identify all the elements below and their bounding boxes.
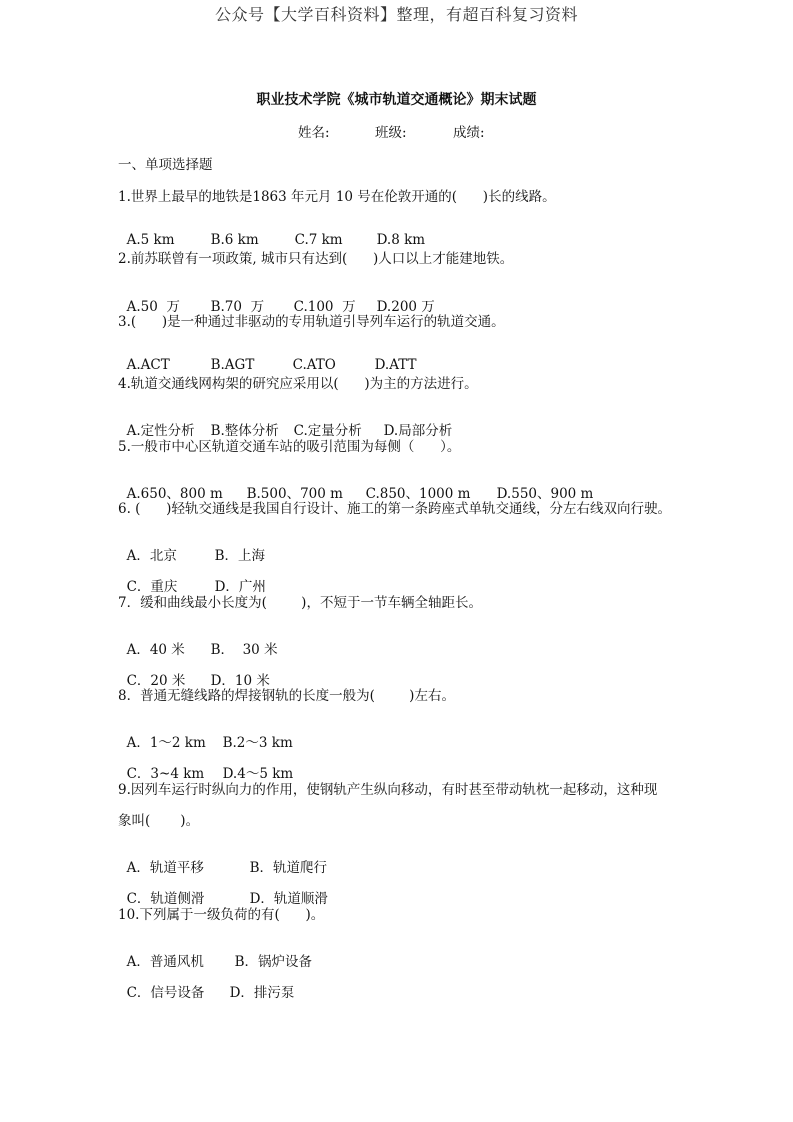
name-field-label: 姓名: (298, 121, 375, 141)
option-d: D．排污泵 (230, 981, 295, 1001)
option-a: A.ACT (127, 357, 211, 373)
question-1-stem: 1.世界上最早的地铁是1863 年元月 10 号在伦敦开通的( )长的线路。 (118, 185, 556, 205)
question-3-stem: 3.( )是一种通过非驱动的专用轨道引导列车运行的轨道交通。 (118, 310, 505, 330)
option-c: C.7 km (295, 232, 377, 248)
question-6-stem: 6. ( )轻轨交通线是我国自行设计、施工的第一条跨座式单轨交通线，分左右线双向… (118, 497, 671, 517)
exam-title: 职业技术学院《城市轨道交通概论》期末试题 (0, 89, 793, 109)
option-b: B.6 km (211, 232, 295, 248)
option-c: C．信号设备 (127, 981, 230, 1001)
question-10-options-cd: C．信号设备D．排污泵 (118, 965, 294, 1001)
section-title: 一、单项选择题 (118, 153, 213, 173)
question-9-options-cd: C．轨道侧滑D．轨道顺滑 (118, 871, 328, 907)
watermark-header: 公众号【大学百科资料】整理，有超百科复习资料 (0, 2, 793, 25)
option-b: B.AGT (211, 357, 293, 373)
class-field-label: 班级: (375, 121, 453, 141)
score-field-label: 成绩: (453, 121, 485, 141)
question-10-stem: 10.下列属于一级负荷的有( )。 (118, 903, 324, 923)
question-9-stem: 9.因列车运行时纵向力的作用，使钢轨产生纵向移动，有时甚至带动轨枕一起移动，这种… (118, 778, 657, 798)
question-1-options: A.5 kmB.6 kmC.7 kmD.8 km (118, 216, 425, 248)
question-9-stem-continued: 象叫( )。 (118, 809, 199, 829)
student-info-fields: 姓名: 班级: 成绩: (298, 121, 485, 141)
option-d: D.ATT (375, 357, 417, 373)
question-4-options: A.定性分析B.整体分析C.定量分析D.局部分析 (118, 403, 452, 439)
question-6-options-cd: C．重庆D．广州 (118, 559, 266, 595)
question-2-stem: 2.前苏联曾有一项政策, 城市只有达到( )人口以上才能建地铁。 (118, 247, 513, 267)
option-a: A.5 km (127, 232, 211, 248)
question-7-stem: 7．缓和曲线最小长度为( )，不短于一节车辆全轴距长。 (118, 591, 482, 611)
question-4-stem: 4.轨道交通线网构架的研究应采用以( )为主的方法进行。 (118, 372, 478, 392)
question-3-options: A.ACTB.AGTC.ATOD.ATT (118, 341, 417, 373)
option-c: C.ATO (293, 357, 375, 373)
question-5-stem: 5.一般市中心区轨道交通车站的吸引范围为每侧（ ）。 (118, 435, 460, 455)
option-d: D.8 km (377, 232, 426, 248)
question-8-stem: 8．普通无缝线路的焊接钢轨的长度一般为( )左右。 (118, 684, 455, 704)
question-8-options-cd: C．3~4 kmD.4～5 km (118, 746, 293, 782)
